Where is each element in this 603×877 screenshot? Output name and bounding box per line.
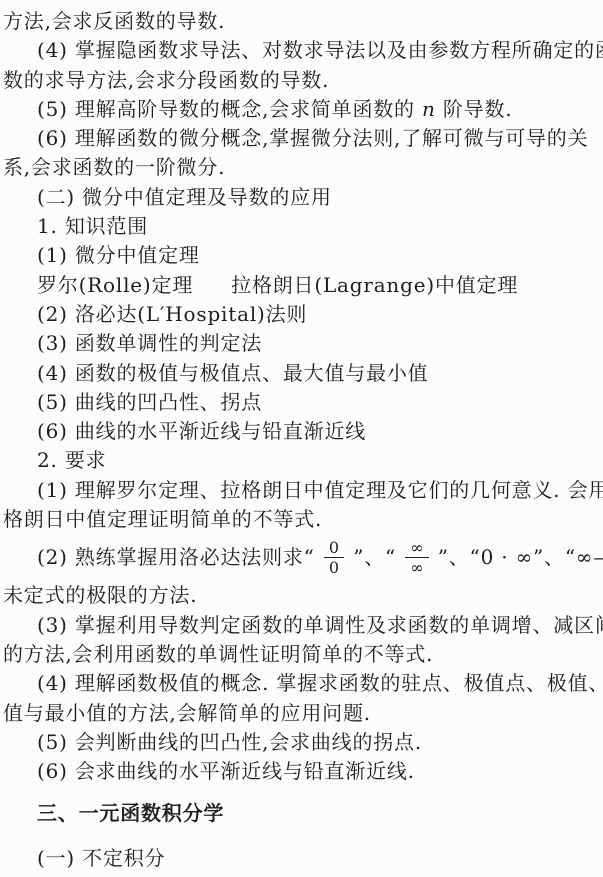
paragraph-line: (4) 理解函数极值的概念. 掌握求函数的驻点、极值点、极值、最大: [3, 669, 603, 698]
math-variable-n: n: [422, 97, 436, 121]
paragraph-line: (6) 理解函数的微分概念,掌握微分法则,了解可微与可导的关: [3, 124, 603, 153]
paragraph-line: (5) 理解高阶导数的概念,会求简单函数的 n 阶导数.: [3, 95, 603, 124]
paragraph-line: 系,会求函数的一阶微分.: [3, 153, 603, 182]
paragraph-line: (3) 掌握利用导数判定函数的单调性及求函数的单调增、减区间: [3, 611, 603, 640]
document-page: 方法,会求反函数的导数. (4) 掌握隐函数求导法、对数求导法以及由参数方程所确…: [0, 0, 603, 873]
paragraph-line: (5) 会判断曲线的凹凸性,会求曲线的拐点.: [3, 728, 603, 757]
paragraph-line: 方法,会求反函数的导数.: [3, 7, 603, 36]
theorem-name: 拉格朗日(Lagrange)中值定理: [231, 273, 518, 297]
paragraph-line: 数的求导方法,会求分段函数的导数.: [3, 66, 603, 95]
paragraph-text: (5) 理解高阶导数的概念,会求简单函数的: [37, 97, 422, 121]
subsection-heading: (一) 不定积分: [3, 844, 603, 873]
subsection-heading: (二) 微分中值定理及导数的应用: [3, 183, 603, 212]
paragraph-line: 格朗日中值定理证明简单的不等式.: [3, 505, 603, 534]
paragraph-line: 未定式的极限的方法.: [3, 581, 603, 610]
paragraph-text: ”、“: [346, 543, 403, 572]
paragraph-line: 的方法,会利用函数的单调性证明简单的不等式.: [3, 640, 603, 669]
paragraph-line: (6) 会求曲线的水平渐近线与铅直渐近线.: [3, 757, 603, 786]
paragraph-line: (1) 理解罗尔定理、拉格朗日中值定理及它们的几何意义. 会用拉: [3, 476, 603, 505]
fraction-infinity-over-infinity: ∞∞: [405, 538, 428, 577]
list-item: (4) 函数的极值与极值点、最大值与最小值: [3, 359, 603, 388]
theorem-line: 罗尔(Rolle)定理拉格朗日(Lagrange)中值定理: [3, 271, 603, 300]
theorem-name: 罗尔(Rolle)定理: [37, 273, 193, 297]
fraction-denominator: 0: [324, 557, 344, 577]
paragraph-text: 阶导数.: [436, 97, 513, 121]
paragraph-line: 值与最小值的方法,会解简单的应用问题.: [3, 699, 603, 728]
paragraph-text: ”、“0 · ∞”、“∞—∞”型: [431, 543, 603, 572]
list-item: (5) 曲线的凹凸性、拐点: [3, 388, 603, 417]
list-heading: 2. 要求: [3, 446, 603, 475]
fraction-numerator: ∞: [405, 538, 428, 557]
fraction-zero-over-zero: 00: [324, 538, 344, 577]
paragraph-line-with-fractions: (2) 熟练掌握用洛必达法则求“ 00 ”、“ ∞∞ ”、“0 · ∞”、“∞—…: [3, 534, 603, 581]
paragraph-text: (2) 熟练掌握用洛必达法则求“: [37, 543, 322, 572]
fraction-numerator: 0: [324, 538, 344, 557]
section-heading: 三、一元函数积分学: [3, 799, 603, 828]
paragraph-line: (4) 掌握隐函数求导法、对数求导法以及由参数方程所确定的函: [3, 36, 603, 65]
list-item: (1) 微分中值定理: [3, 241, 603, 270]
fraction-denominator: ∞: [405, 557, 428, 577]
list-item: (3) 函数单调性的判定法: [3, 329, 603, 358]
list-item: (6) 曲线的水平渐近线与铅直渐近线: [3, 417, 603, 446]
list-item: (2) 洛必达(L′Hospital)法则: [3, 300, 603, 329]
list-heading: 1. 知识范围: [3, 212, 603, 241]
